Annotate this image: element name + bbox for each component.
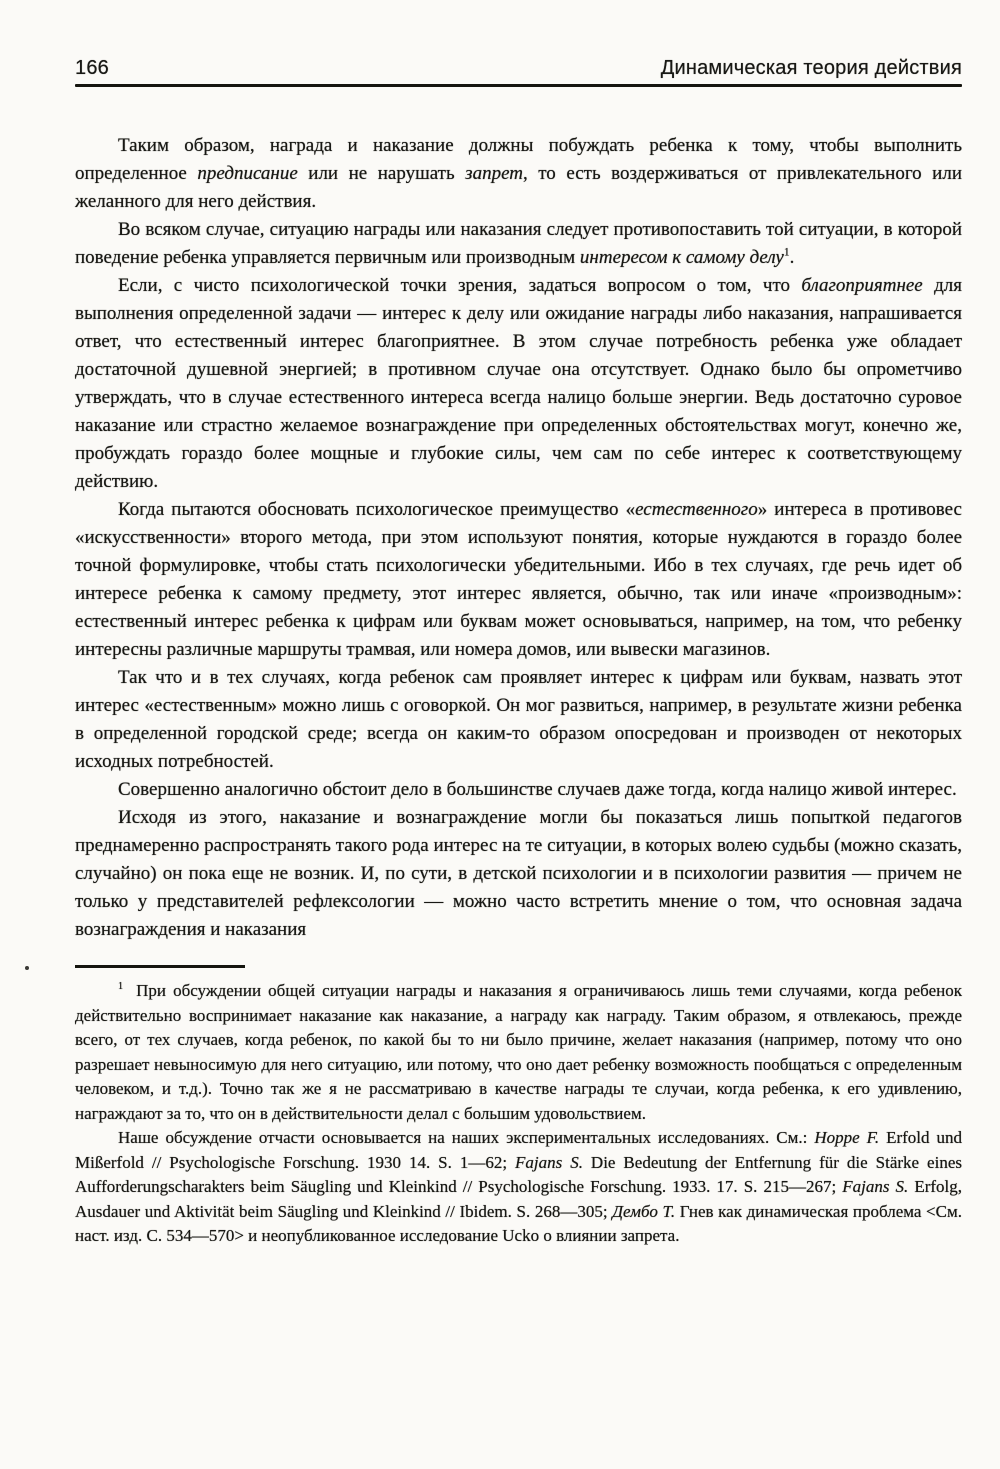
text-segment: для выполнения определенной задачи — инт…: [75, 275, 962, 492]
text-segment: Дембо Т.: [612, 1202, 675, 1221]
text-segment: Fajans S.: [515, 1153, 583, 1172]
text-segment: благоприятнее: [801, 275, 922, 296]
running-head: 166 Динамическая теория действия: [75, 56, 962, 80]
text-segment: Исходя из этого, наказание и вознагражде…: [75, 807, 962, 940]
footnote-paragraph: 1При обсуждении общей ситуации награды и…: [75, 979, 962, 1126]
text-segment: Во всяком случае, ситуацию награды или н…: [75, 219, 962, 268]
text-segment: Hoppe F.: [814, 1128, 879, 1147]
body-paragraph: Когда пытаются обосновать психологическо…: [75, 496, 962, 664]
footnote-separator: [75, 965, 245, 968]
text-segment: .: [790, 247, 795, 268]
text-segment: интересом к самому делу: [580, 247, 784, 268]
book-page: 166 Динамическая теория действия Таким о…: [0, 0, 1000, 1469]
text-segment: Если, с чисто психологической точки зрен…: [118, 275, 801, 296]
body-paragraph: Таким образом, награда и наказание должн…: [75, 132, 962, 216]
text-segment: » интереса в противовес «искусственности…: [75, 499, 962, 660]
text-segment: Когда пытаются обосновать психологическо…: [118, 499, 635, 520]
body-paragraph: Исходя из этого, наказание и вознагражде…: [75, 804, 962, 944]
text-segment: Наше обсуждение отчасти основывается на …: [118, 1128, 814, 1147]
page-number: 166: [75, 56, 109, 80]
text-segment: При обсуждении общей ситуации награды и …: [75, 981, 962, 1123]
page-content: 166 Динамическая теория действия Таким о…: [0, 0, 1000, 1249]
body-paragraph: Так что и в тех случаях, когда ребенок с…: [75, 664, 962, 776]
text-segment: предписание: [197, 163, 297, 184]
scan-artifact-dot: [25, 966, 29, 970]
body-paragraph: Совершенно аналогично обстоит дело в бол…: [75, 776, 962, 804]
text-segment: естественного: [635, 499, 758, 520]
text-segment: Так что и в тех случаях, когда ребенок с…: [75, 667, 962, 772]
body-paragraph: Во всяком случае, ситуацию награды или н…: [75, 216, 962, 272]
text-segment: запрет: [465, 163, 523, 184]
body-text: Таким образом, награда и наказание должн…: [75, 132, 962, 944]
body-paragraph: Если, с чисто психологической точки зрен…: [75, 272, 962, 496]
footnote-paragraph: Наше обсуждение отчасти основывается на …: [75, 1126, 962, 1249]
header-rule: [75, 84, 962, 87]
running-title: Динамическая теория действия: [661, 56, 962, 80]
text-segment: или не нарушать: [298, 163, 465, 184]
text-segment: Fajans S.: [842, 1177, 908, 1196]
footnote-text: 1При обсуждении общей ситуации награды и…: [75, 979, 962, 1249]
text-segment: Совершенно аналогично обстоит дело в бол…: [118, 779, 957, 800]
footnote-marker: 1: [118, 981, 123, 992]
